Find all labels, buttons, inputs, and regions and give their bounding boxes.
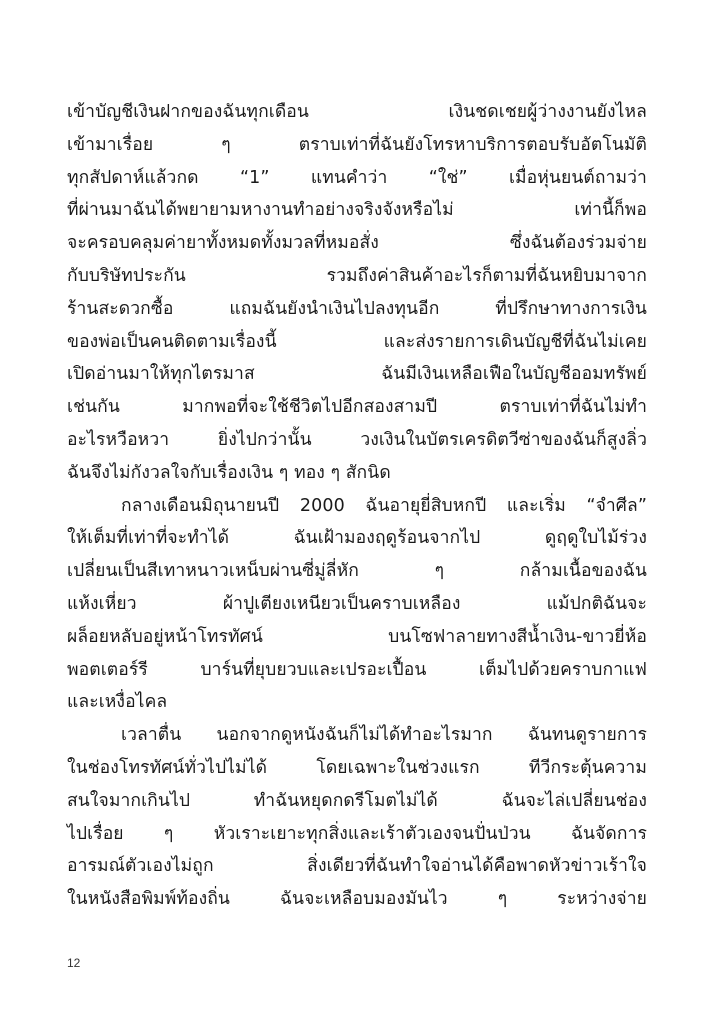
book-page: เข้าบัญชีเงินฝากของฉันทุกเดือน เงินชดเชย… xyxy=(0,0,711,1024)
text-line: ในหนังสือพิมพ์ท้องถิ่น ฉันจะเหลือบมองมัน… xyxy=(67,883,647,916)
page-number: 12 xyxy=(67,956,80,970)
text-line: กับบริษัทประกัน รวมถึงค่าสินค้าอะไรก็ตาม… xyxy=(67,260,647,293)
text-line-paragraph-start: เวลาตื่น นอกจากดูหนังฉันก็ไม่ได้ทำอะไรมา… xyxy=(67,719,647,752)
text-line-paragraph-end: และเหงื่อไคล xyxy=(67,686,647,719)
text-line: เปิดอ่านมาให้ทุกไตรมาส ฉันมีเงินเหลือเฟื… xyxy=(67,358,647,391)
text-line: เข้าบัญชีเงินฝากของฉันทุกเดือน เงินชดเชย… xyxy=(67,96,647,129)
text-line: ผล็อยหลับอยู่หน้าโทรทัศน์ บนโซฟาลายทางสี… xyxy=(67,621,647,654)
text-line-paragraph-start: กลางเดือนมิถุนายนปี 2000 ฉันอายุยี่สิบหก… xyxy=(67,490,647,523)
text-line: เช่นกัน มากพอที่จะใช้ชีวิตไปอีกสองสามปี … xyxy=(67,391,647,424)
text-line: ร้านสะดวกซื้อ แถมฉันยังนำเงินไปลงทุนอีก … xyxy=(67,293,647,326)
text-line: ในช่องโทรทัศน์ทั่วไปไม่ได้ โดยเฉพาะในช่ว… xyxy=(67,752,647,785)
text-line: แห้งเหี่ยว ผ้าปูเตียงเหนียวเป็นคราบเหลือ… xyxy=(67,588,647,621)
text-line: อารมณ์ตัวเองไม่ถูก สิ่งเดียวที่ฉันทำใจอ่… xyxy=(67,850,647,883)
text-line: เข้ามาเรื่อย ๆ ตราบเท่าที่ฉันยังโทรหาบริ… xyxy=(67,129,647,162)
text-line: เปลี่ยนเป็นสีเทาหนาวเหน็บผ่านซี่มู่ลี่หั… xyxy=(67,555,647,588)
text-line: พอตเตอร์รี บาร์นที่ยุบยวบและเปรอะเปื้อน … xyxy=(67,654,647,687)
text-line: ไปเรื่อย ๆ หัวเราะเยาะทุกสิ่งและเร้าตัวเ… xyxy=(67,818,647,851)
text-line: ให้เต็มที่เท่าที่จะทำได้ ฉันเฝ้ามองฤดูร้… xyxy=(67,522,647,555)
text-line: จะครอบคลุมค่ายาทั้งหมดทั้งมวลที่หมอสั่ง … xyxy=(67,227,647,260)
text-line: ทุกสัปดาห์แล้วกด “1” แทนคำว่า “ใช่” เมื่… xyxy=(67,162,647,195)
text-line: อะไรหวือหวา ยิ่งไปกว่านั้น วงเงินในบัตรเ… xyxy=(67,424,647,457)
text-line-paragraph-end: ฉันจึงไม่กังวลใจกับเรื่องเงิน ๆ ทอง ๆ สั… xyxy=(67,457,647,490)
text-line: ของพ่อเป็นคนติดตามเรื่องนี้ และส่งรายการ… xyxy=(67,326,647,359)
text-line: ที่ผ่านมาฉันได้พยายามหางานทำอย่างจริงจัง… xyxy=(67,194,647,227)
text-line: สนใจมากเกินไป ทำฉันหยุดกดรีโมตไม่ได้ ฉัน… xyxy=(67,785,647,818)
body-text: เข้าบัญชีเงินฝากของฉันทุกเดือน เงินชดเชย… xyxy=(67,96,647,916)
